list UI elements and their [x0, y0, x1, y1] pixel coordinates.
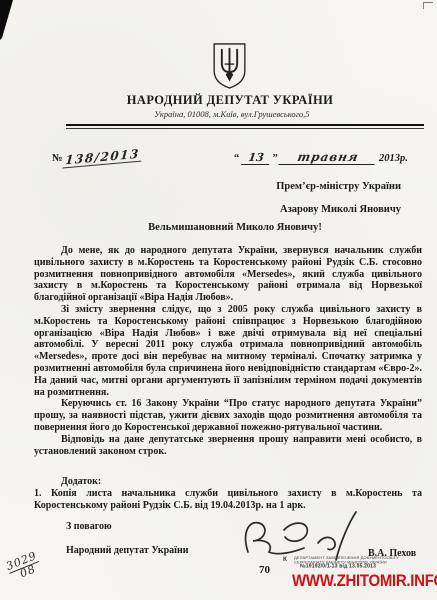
scanned-letter-page: НАРОДНИЙ ДЕПУТАТ УКРАЇНИ Україна, 01008,…	[0, 0, 437, 600]
reference-number-handwritten: 138/2013	[62, 146, 142, 168]
signer-position: Народний депутат України	[66, 545, 189, 556]
attachment-item: 1. Копія листа начальника служби цивільн…	[34, 488, 422, 512]
body-paragraph-3: Керуючись ст. 16 Закону України “Про ста…	[34, 398, 422, 433]
addressee-line-2: Азарову Миколі Яновичу	[225, 199, 401, 222]
body-paragraph-1: До мене, як до народного депутата Україн…	[34, 245, 422, 304]
body-paragraph-4: Відповідь на дане депутатське звернення …	[34, 434, 422, 458]
scan-corner-artifact	[0, 0, 14, 40]
regards-line: З повагою	[66, 521, 112, 532]
date-quote-close: ”	[273, 153, 278, 164]
letter-body: До мене, як до народного депутата Україн…	[34, 245, 422, 457]
reference-number-prefix: №	[52, 153, 63, 164]
letterhead-title: НАРОДНИЙ ДЕПУТАТ УКРАЇНИ	[18, 93, 437, 108]
date-day-handwritten: 13	[241, 151, 271, 165]
date-quote-open: “	[234, 153, 239, 164]
addressee-block: Прем’єр-міністру України Азарову Миколі …	[225, 176, 401, 221]
scan-edge-artifact	[423, 2, 433, 9]
stamp-line-3: №19192/0/1-13 від 13.05.2013	[294, 565, 434, 569]
date-line: “ 13 ” травня 2013р.	[234, 150, 408, 165]
page-number: 70	[259, 564, 270, 576]
date-month-handwritten: травня	[279, 150, 378, 165]
registration-stamp: ДЕПАРТАМЕНТ ЗАБЕЗПЕЧЕННЯ ДОКУМЕНТООБІГУ …	[294, 556, 434, 569]
site-watermark: WWW.ZHITOMIR.INFO	[292, 572, 437, 590]
reference-number: №138/2013	[52, 150, 141, 165]
stamp-letter: К	[283, 556, 287, 563]
attachment-block: Додаток: 1. Копія листа начальника служб…	[34, 476, 422, 511]
handwritten-corner-note: 3029 08	[5, 551, 43, 583]
letterhead-address: Україна, 01008, м.Київ, вул.Грушевського…	[20, 109, 437, 119]
attachment-label: Додаток:	[34, 476, 422, 488]
ukraine-trident-shield-icon	[213, 43, 246, 94]
salutation: Вельмишановний Миколо Яновичу!	[55, 222, 415, 233]
body-paragraph-2: Зі змісту звернення слідує, що з 2005 ро…	[34, 304, 422, 398]
date-year: 2013р.	[379, 153, 408, 164]
letterhead-rule	[66, 124, 424, 129]
addressee-line-1: Прем’єр-міністру України	[225, 176, 401, 199]
